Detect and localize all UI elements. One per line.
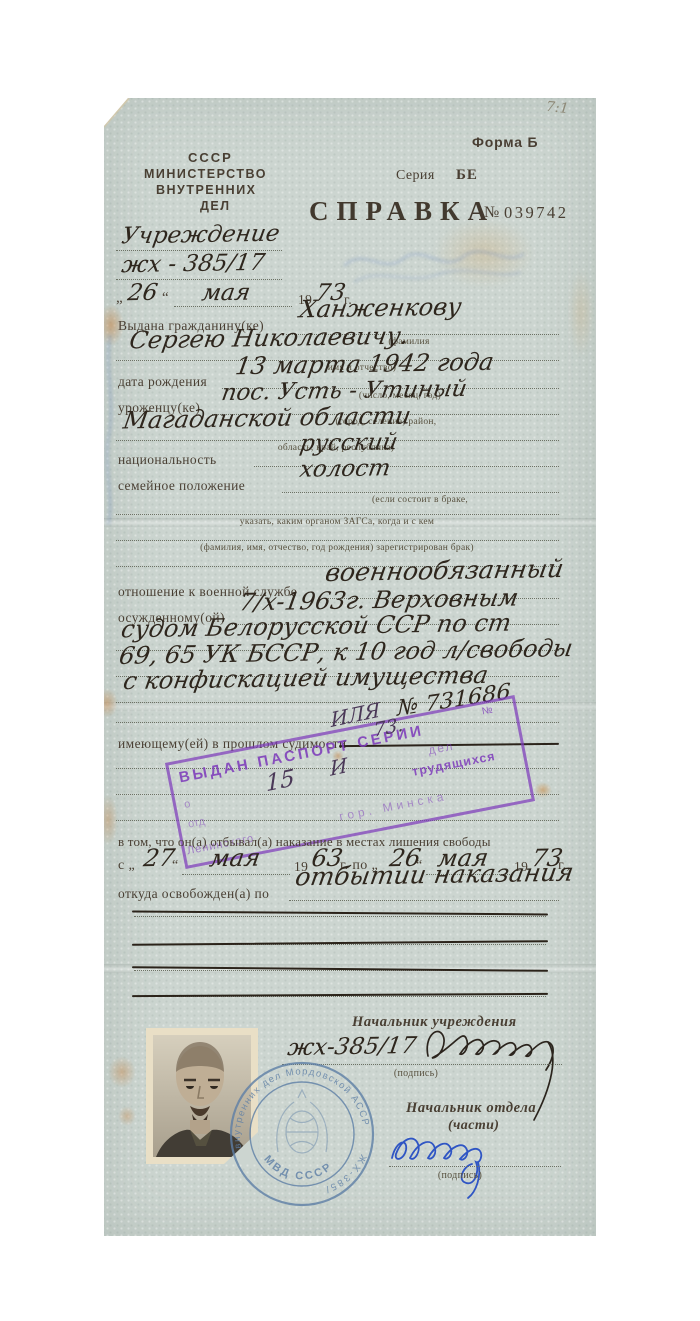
region-handwriting: Магаданской области	[122, 404, 413, 433]
dotted-line	[174, 306, 292, 307]
org-line-ministry: МИНИСТЕРСТВО	[144, 167, 267, 181]
svg-text:внутренних дел Мордовской АССР: внутренних дел Мордовской АССР	[232, 1066, 371, 1149]
stamp-fragment: трудящихся	[411, 749, 497, 779]
dotted-line	[182, 874, 290, 875]
stamp-fragment: гор. Минска	[338, 789, 448, 824]
dotted-line	[282, 492, 559, 493]
stamp-fragment: о	[183, 798, 191, 811]
signature-hint: (подпись)	[394, 1068, 438, 1079]
birthplace-handwriting: пос. Усть - Утиный	[220, 378, 469, 405]
birth-date-handwriting: 13 марта 1942 года	[234, 350, 496, 378]
institution-handwriting-1: Учреждение	[120, 223, 281, 249]
issue-month-handwriting: мая	[200, 282, 252, 306]
department-signature	[386, 1128, 546, 1206]
surname-handwriting: Ханженкову	[298, 295, 463, 322]
birth-date-label: дата рождения	[118, 374, 207, 390]
pencil-note: 7:1	[545, 99, 569, 117]
dotted-line	[116, 540, 559, 541]
nationality-label: национальность	[118, 452, 217, 468]
org-line-del: ДЕЛ	[200, 199, 231, 213]
marital-handwriting: холост	[298, 457, 392, 482]
quote-open: „	[116, 290, 123, 307]
nationality-handwriting: русский	[298, 431, 399, 456]
released-reason-handwriting: отбытии наказания	[294, 860, 576, 890]
stain	[96, 688, 118, 718]
signature-hint-2: (подпись)	[438, 1170, 482, 1181]
military-service-handwriting: военнообязанный	[324, 556, 566, 585]
series-value: БЕ	[456, 167, 478, 184]
number-sign: №	[484, 204, 500, 222]
quote-close: “	[162, 290, 169, 307]
zags-hint: указать, каким органом ЗАГСа, когда и с …	[240, 517, 434, 527]
issue-day-handwriting: 26	[126, 282, 159, 306]
department-chief-label: Начальник отдела	[406, 1100, 536, 1117]
certificate-number: 039742	[504, 203, 569, 223]
certificate-title: СПРАВКА	[309, 196, 495, 227]
form-type-label: Форма Б	[472, 134, 538, 150]
from-prefix: с „	[118, 858, 135, 874]
folded-corner	[104, 98, 130, 128]
from-month-handwriting: мая	[208, 846, 262, 871]
stamp-number-sign: №	[481, 705, 494, 718]
scanned-document-page: 7:1 Форма Б СССР МИНИСТЕРСТВО ВНУТРЕННИХ…	[0, 0, 700, 1321]
marriage-hint: (фамилия, имя, отчество, год рождения) з…	[200, 543, 474, 553]
name-patronymic-handwriting: Сергею Николаевичу.	[128, 324, 411, 353]
ink-bleed	[339, 236, 529, 292]
dotted-line	[116, 514, 559, 515]
org-line-ussr: СССР	[188, 150, 233, 165]
stain	[118, 1106, 136, 1126]
from-quote: “	[172, 858, 179, 874]
stain	[568, 268, 594, 358]
certificate-paper: 7:1 Форма Б СССР МИНИСТЕРСТВО ВНУТРЕННИХ…	[104, 98, 596, 1236]
round-mvd-stamp: внутренних дел Мордовской АССР ЖХ-385/17…	[224, 1056, 380, 1212]
released-label: откуда освобожден(а) по	[118, 886, 269, 902]
marital-label: семейное положение	[118, 478, 245, 494]
dotted-line	[389, 1166, 561, 1167]
stain	[98, 794, 118, 846]
stain	[434, 218, 534, 288]
marital-hint: (если состоит в браке,	[372, 495, 468, 505]
stain	[108, 1056, 136, 1088]
strikethrough-line	[132, 911, 548, 916]
svg-text:МВД СССР: МВД СССР	[261, 1153, 335, 1182]
round-stamp-bottom-text: МВД СССР	[261, 1153, 335, 1182]
stamp-day-handwriting: 15	[266, 767, 296, 796]
stamp-fragment: дел	[427, 739, 455, 758]
stamp-month-handwriting: И	[330, 755, 348, 779]
series-label: Серия	[396, 168, 435, 184]
dotted-line	[289, 900, 559, 901]
org-line-internal: ВНУТРЕННИХ	[156, 183, 257, 197]
sentence-handwriting-4: с конфискацией имущества	[122, 663, 490, 693]
institution-handwriting-2: жх - 385/17	[120, 252, 267, 277]
round-stamp-ring-text: внутренних дел Мордовской АССР	[232, 1066, 371, 1149]
stamp-fragment: отд	[187, 816, 206, 831]
dotted-line	[134, 916, 546, 917]
stain	[534, 782, 552, 798]
